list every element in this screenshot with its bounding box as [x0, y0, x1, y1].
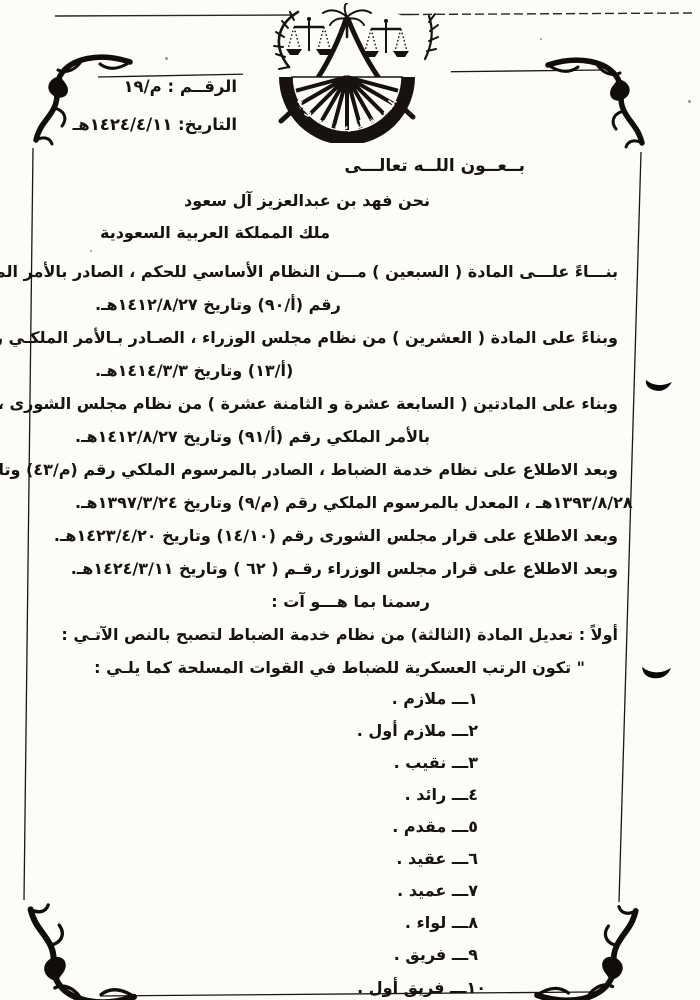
preamble-line: بنـــاءً علـــى المادة ( السبعين ) مـــن… [0, 261, 618, 283]
rank-item: ٩ـــ فريق . [394, 944, 478, 966]
issuer-name: نحن فهد بن عبدالعزيز آل سعود [184, 190, 430, 212]
rank-item: ٣ـــ نقيب . [394, 752, 478, 774]
scan-speck [540, 38, 542, 40]
rank-item: ٦ـــ عقيد . [396, 848, 478, 870]
corner-ornament-top-right [548, 60, 642, 147]
rank-item: ٥ـــ مقدم . [392, 816, 478, 838]
preamble-line: وبعد الاطلاع على نظام خدمة الضباط ، الصا… [0, 459, 618, 481]
ink-mark-1 [646, 380, 672, 391]
scan-speck [165, 57, 168, 60]
preamble-line: وبعد الاطلاع على قرار مجلس الوزراء رقـم … [71, 558, 618, 580]
corner-ornament-bottom-right [537, 907, 636, 1000]
decree-number: الرقــم : م/١٩ [123, 76, 237, 98]
invocation: بــعــون اللــه تعالـــى [344, 155, 525, 177]
clause-first-text: " تكون الرتب العسكرية للضباط في القوات ا… [94, 657, 585, 679]
preamble-line: رقم (أ/٩٠) وتاريخ ١٤١٢/٨/٢٧هـ. [95, 294, 341, 316]
decree-date: التاريخ: ١٤٢٤/٤/١١هـ [73, 114, 237, 136]
scan-speck [688, 100, 691, 103]
clause-first-label: أولاً : تعديل المادة (الثالثة) من نظام خ… [61, 624, 618, 646]
preamble-line: وبناءً على المادة ( العشرين ) من نظام مج… [0, 327, 618, 349]
corner-ornament-bottom-left [31, 905, 134, 1000]
issuer-title: ملك المملكة العربية السعودية [100, 222, 330, 244]
rank-item: ٧ـــ عميد . [397, 880, 478, 902]
decree-intro: رسمنا بما هـــو آت : [271, 591, 430, 613]
preamble-line: وبعد الاطلاع على قرار مجلس الشورى رقم (١… [54, 525, 618, 547]
ink-mark-2 [642, 667, 671, 678]
preamble-line: (أ/١٣) وتاريخ ١٤١٤/٣/٣هـ. [95, 360, 293, 382]
rank-item: ٤ـــ رائد . [405, 784, 478, 806]
emblem-banner-text: المملكة العربية السعودية [294, 96, 400, 132]
preamble-line: وبناء على المادتين ( السابعة عشرة و الثا… [0, 393, 618, 415]
scan-line-top [55, 15, 410, 17]
rank-item: ١ـــ ملازم . [392, 688, 478, 710]
decree-page: المملكة العربية السعودية الرقــم : م/١٩ … [0, 0, 700, 1000]
saudi-justice-emblem: المملكة العربية السعودية [233, 3, 461, 143]
rank-item: ٨ـــ لواء . [405, 912, 478, 934]
rank-item: ١٠ـــ فريق أول . [357, 977, 486, 999]
scan-speck [90, 250, 92, 252]
preamble-line: بالأمر الملكي رقم (أ/٩١) وتاريخ ١٤١٢/٨/٢… [75, 426, 430, 448]
preamble-line: ١٣٩٣/٨/٢٨هـ ، المعدل بالمرسوم الملكي رقم… [75, 492, 633, 514]
rank-item: ٢ـــ ملازم أول . [357, 720, 478, 742]
